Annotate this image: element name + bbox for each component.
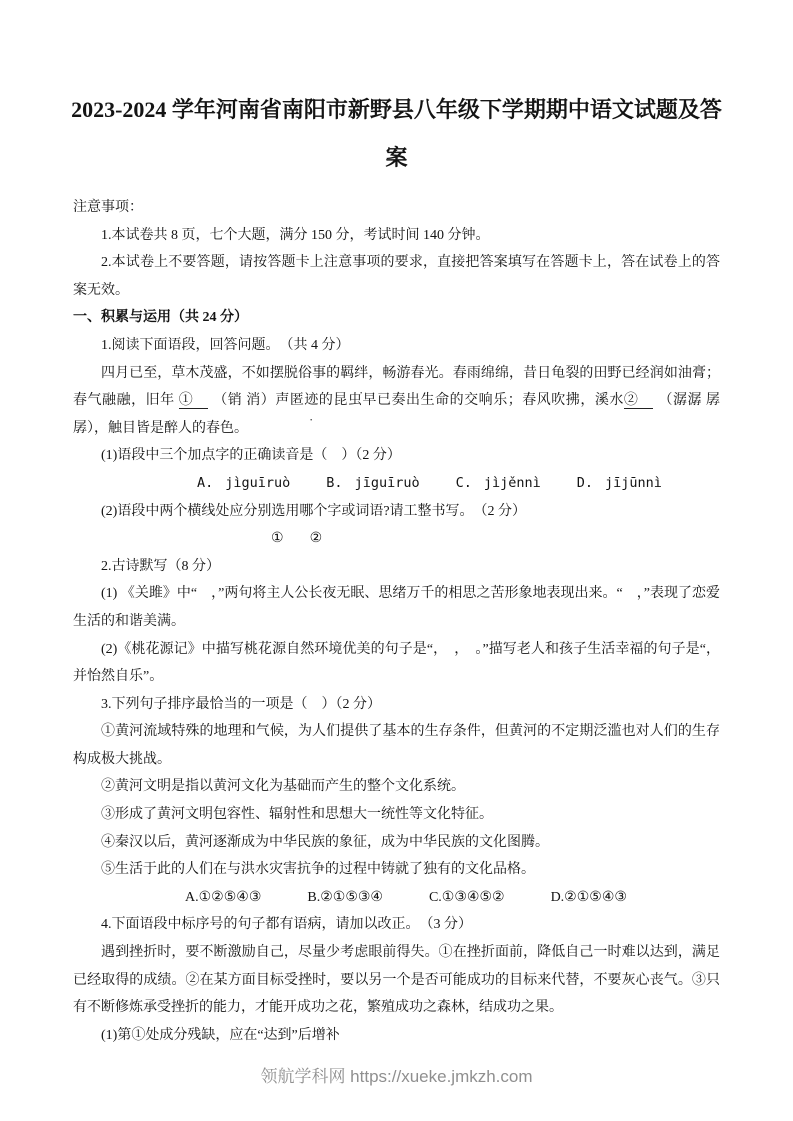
- q3-sentence-4: ④秦汉以后，黄河逐渐成为中华民族的象征，成为中华民族的文化图腾。: [73, 829, 720, 857]
- option-text: jījūnnì: [605, 475, 662, 491]
- footer-site-link[interactable]: 领航学科网 https://xueke.jmkzh.com: [260, 1067, 532, 1086]
- passage-text: 四月已至，草木茂盛，不如摆脱俗事的: [101, 366, 340, 381]
- dotted-char: 羁: [340, 366, 354, 381]
- pinyin-option-d: D.jījūnnì: [577, 470, 662, 498]
- passage-text: 绊，畅游春光。春雨绵绵，昔日: [354, 366, 551, 381]
- q3-stem: 3.下列句子排序最恰当的一项是（ ）（2 分）: [73, 691, 720, 719]
- document-title-line1: 2023-2024 学年河南省南阳市新野县八年级下学期期中语文试题及答: [0, 86, 793, 134]
- option-label: C.: [456, 475, 472, 491]
- dotted-char: 匿: [290, 393, 305, 408]
- q3-options: A.①②⑤④③ B.②①⑤③④ C.①③④⑤② D.②①⑤④③: [73, 884, 720, 912]
- option-text: jīguīruò: [355, 475, 420, 491]
- q1-sub1: (1)语段中三个加点字的正确读音是（ ）（2 分）: [73, 442, 720, 470]
- document-page: 2023-2024 学年河南省南阳市新野县八年级下学期期中语文试题及答 案 注意…: [0, 0, 793, 1121]
- option-label: B.: [326, 475, 342, 491]
- q3-option-d: D.②①⑤④③: [551, 884, 627, 912]
- pinyin-option-b: B.jīguīruò: [326, 470, 419, 498]
- q4-stem: 4.下面语段中标序号的句子都有语病，请加以改正。 （3 分）: [73, 911, 720, 939]
- q1-answer-blanks: ① ②: [73, 525, 720, 553]
- q2-stem: 2.古诗默写（8 分）: [73, 553, 720, 581]
- section1-heading: 一、积累与运用（共 24 分）: [73, 304, 720, 332]
- pinyin-option-c: C.jìjěnnì: [456, 470, 541, 498]
- notice-item-1: 1.本试卷共 8 页，七个大题，满分 150 分，考试时间 140 分钟。: [73, 222, 720, 250]
- q1-pinyin-options: A.jìguīruò B.jīguīruò C.jìjěnnì D.jījūnn…: [73, 470, 720, 498]
- option-label: A.: [197, 475, 213, 491]
- notice-item-2: 2.本试卷上不要答题，请按答题卡上注意事项的要求，直接把答案填写在答题卡上，答在…: [73, 249, 720, 304]
- q2-item-2: (2)《桃花源记》中描写桃花源自然环境优美的句子是“， ， 。”描写老人和孩子生…: [73, 636, 720, 691]
- q3-option-b: B.②①⑤③④: [307, 884, 383, 912]
- document-title: 2023-2024 学年河南省南阳市新野县八年级下学期期中语文试题及答 案: [0, 86, 793, 182]
- q4-passage: 遇到挫折时，要不断激励自己，尽量少考虑眼前得失。①在挫折面前，降低自己一时难以达…: [73, 939, 720, 1022]
- q1-sub2: (2)语段中两个横线处应分别选用哪个字或词语?请工整书写。 （2 分）: [73, 498, 720, 526]
- document-body: 注意事项： 1.本试卷共 8 页，七个大题，满分 150 分，考试时间 140 …: [0, 194, 793, 1049]
- q3-sentence-1: ①黄河流域特殊的地理和气候，为人们提供了基本的生存条件，但黄河的不定期泛滥也对人…: [73, 718, 720, 773]
- q3-sentence-3: ③形成了黄河文明包容性、辐射性和思想大一统性等文化特征。: [73, 801, 720, 829]
- site-footer: 领航学科网 https://xueke.jmkzh.com: [0, 1062, 793, 1087]
- q3-option-a: A.①②⑤④③: [185, 884, 261, 912]
- pinyin-option-a: A.jìguīruò: [197, 470, 290, 498]
- answer-blank-label-2: ②: [310, 525, 323, 553]
- answer-blank-label-1: ①: [271, 525, 284, 553]
- q3-option-c: C.①③④⑤②: [429, 884, 505, 912]
- option-label: D.: [577, 475, 593, 491]
- notice-heading: 注意事项：: [73, 194, 720, 222]
- fill-blank-1: ①: [179, 393, 209, 409]
- option-text: jìguīruò: [225, 475, 290, 491]
- fill-blank-2: ②: [624, 393, 654, 409]
- option-text: jìjěnnì: [484, 475, 541, 491]
- document-title-line2: 案: [0, 134, 793, 182]
- q1-stem: 1.阅读下面语段，回答问题。 （共 4 分）: [73, 332, 720, 360]
- q4-sub1: (1)第①处成分残缺，应在“达到”后增补: [73, 1022, 720, 1050]
- q1-passage: 四月已至，草木茂盛，不如摆脱俗事的羁绊，畅游春光。春雨绵绵，昔日龟裂的田野已经润…: [73, 360, 720, 443]
- passage-text: （销 消）声: [213, 393, 290, 408]
- dotted-char: 龟: [551, 366, 565, 381]
- q3-sentence-5: ⑤生活于此的人们在与洪水灾害抗争的过程中铸就了独有的文化品格。: [73, 856, 720, 884]
- q2-item-1: (1) 《关雎》中“ ，”两句将主人公长夜无眠、思绪万千的相思之苦形象地表现出来…: [73, 580, 720, 635]
- q3-sentence-2: ②黄河文明是指以黄河文化为基础而产生的整个文化系统。: [73, 773, 720, 801]
